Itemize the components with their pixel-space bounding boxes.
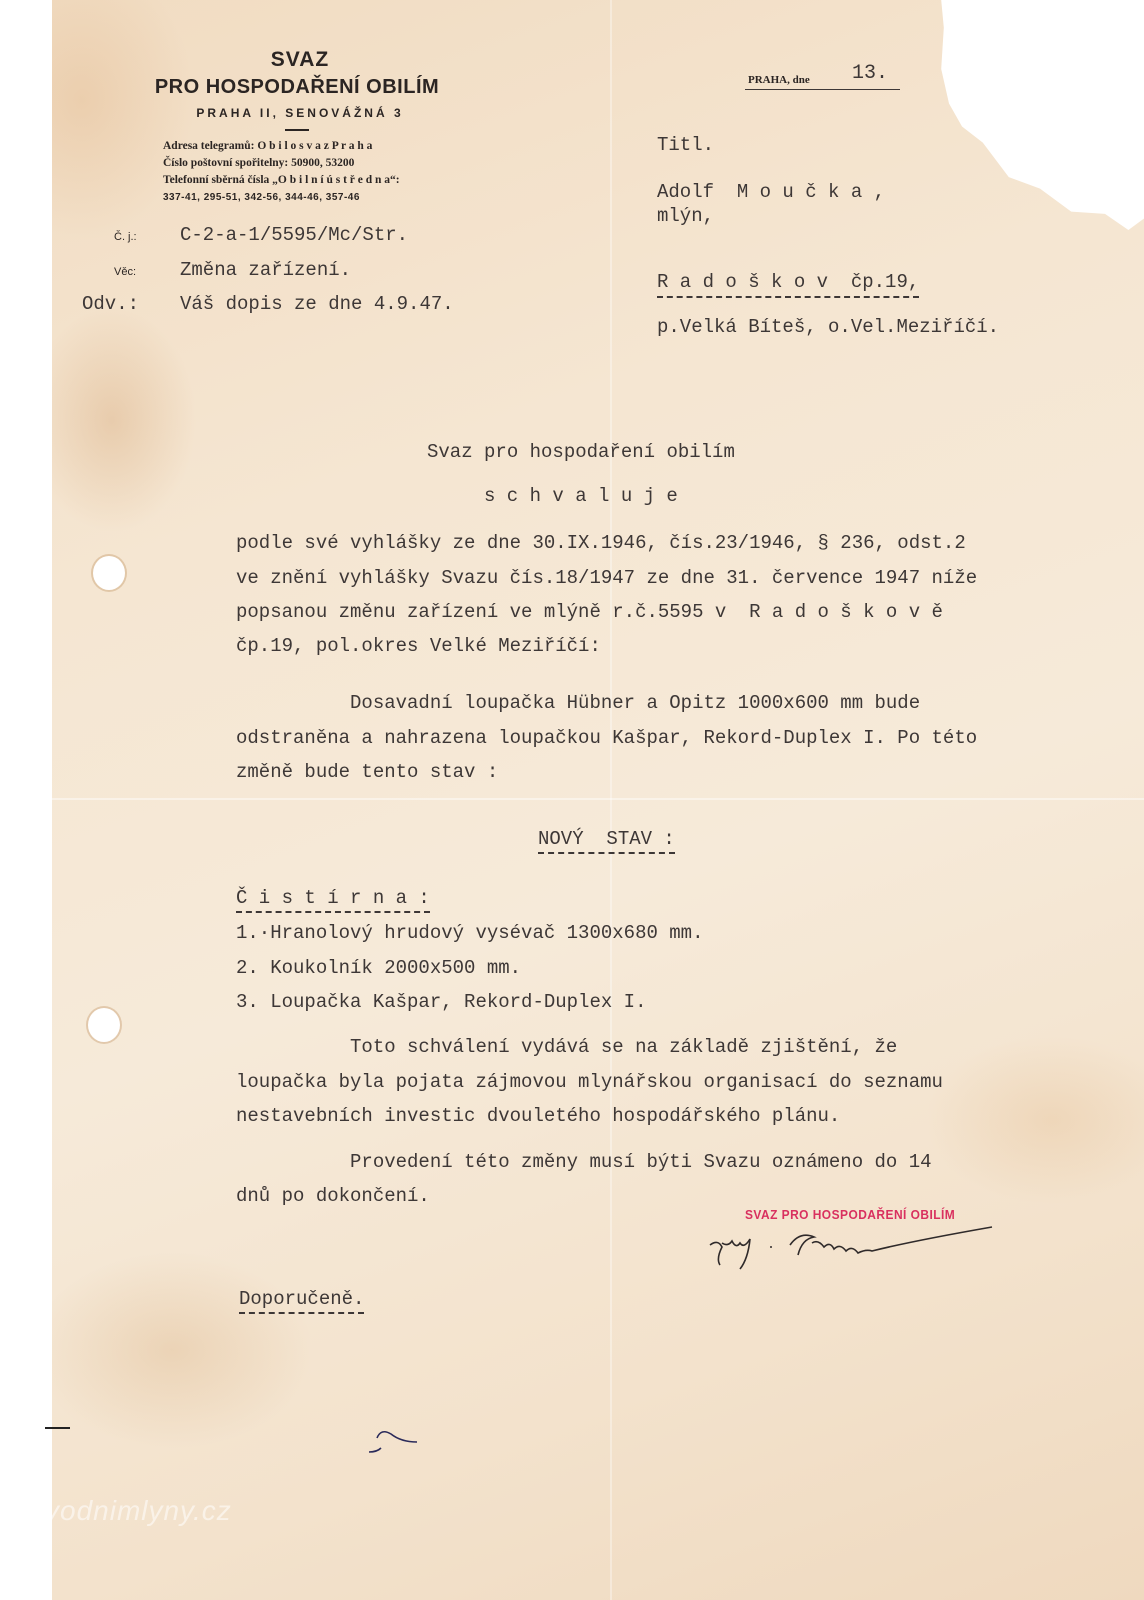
para3-line: Toto schválení vydává se na základě zjiš… bbox=[236, 1036, 897, 1058]
cj-value: C-2-a-1/5595/Mc/Str. bbox=[180, 224, 408, 246]
horizontal-fold bbox=[52, 798, 1144, 800]
phone-numbers: 337-41, 295-51, 342-56, 344-46, 357-46 bbox=[163, 189, 400, 206]
date-label: PRAHA, dne bbox=[748, 74, 810, 86]
letterhead-rule bbox=[285, 129, 309, 131]
list-item: 1.·Hranolový hrudový vysévač 1300x680 mm… bbox=[236, 922, 703, 944]
postal-savings: Číslo poštovní spořitelny: 50900, 53200 bbox=[163, 155, 400, 172]
pen-mark bbox=[365, 1420, 435, 1460]
recipient-place: R a d o š k o v čp.19, bbox=[657, 271, 919, 298]
letterhead-title-2: PRO HOSPODAŘENÍ OBILÍM bbox=[112, 76, 482, 99]
phone-label: Telefonní sběrná čísla „O b i l n í ú s … bbox=[163, 172, 400, 189]
list-item: 3. Loupačka Kašpar, Rekord-Duplex I. bbox=[236, 991, 646, 1013]
handwritten-signature bbox=[700, 1215, 1040, 1285]
issuer-line: Svaz pro hospodaření obilím bbox=[427, 441, 735, 463]
letterhead-title-1: SVAZ bbox=[240, 48, 360, 72]
para1-line: podle své vyhlášky ze dne 30.IX.1946, čí… bbox=[236, 532, 966, 554]
vertical-fold bbox=[610, 0, 612, 1600]
punch-hole-bottom bbox=[88, 1008, 120, 1042]
para4-line: dnů po dokončení. bbox=[236, 1185, 430, 1207]
para2-line: odstraněna a nahrazena loupačkou Kašpar,… bbox=[236, 727, 977, 749]
recipient-occupation: mlýn, bbox=[657, 205, 714, 227]
odv-label: Odv.: bbox=[82, 293, 139, 315]
para1-line: ve znění vyhlášky Svazu čís.18/1947 ze d… bbox=[236, 567, 977, 589]
approval-verb: s c h v a l u j e bbox=[484, 485, 678, 507]
date-day: 13. bbox=[852, 62, 888, 85]
delivery-note: Doporučeně. bbox=[239, 1288, 364, 1314]
recipient-district: p.Velká Bíteš, o.Vel.Meziříčí. bbox=[657, 316, 999, 338]
punch-hole-top bbox=[93, 556, 125, 590]
vec-label: Věc: bbox=[114, 266, 136, 278]
para4-line: Provedení této změny musí býti Svazu ozn… bbox=[236, 1151, 932, 1173]
subsection-title: Č i s t í r n a : bbox=[236, 887, 430, 913]
odv-value: Váš dopis ze dne 4.9.47. bbox=[180, 293, 454, 315]
para2-line: Dosavadní loupačka Hübner a Opitz 1000x6… bbox=[236, 692, 920, 714]
vec-value: Změna zařízení. bbox=[180, 259, 351, 281]
date-underline bbox=[745, 89, 900, 90]
watermark-text: vodnimlyny.cz bbox=[45, 1495, 232, 1527]
para3-line: loupačka byla pojata zájmovou mlynářskou… bbox=[236, 1071, 943, 1093]
recipient-name: Adolf M o u č k a , bbox=[657, 181, 885, 203]
para1-line: popsanou změnu zařízení ve mlýně r.č.559… bbox=[236, 601, 943, 623]
margin-mark bbox=[45, 1427, 70, 1429]
para3-line: nestavebních investic dvouletého hospodá… bbox=[236, 1105, 840, 1127]
letterhead-contact: Adresa telegramů: O b i l o s v a z P r … bbox=[163, 138, 400, 206]
section-title: NOVÝ STAV : bbox=[538, 828, 675, 854]
list-item: 2. Koukolník 2000x500 mm. bbox=[236, 957, 521, 979]
letterhead-address: PRAHA II, SENOVÁŽNÁ 3 bbox=[150, 106, 450, 120]
recipient-salutation: Titl. bbox=[657, 134, 714, 156]
telegram-address: Adresa telegramů: O b i l o s v a z P r … bbox=[163, 138, 400, 155]
para2-line: změně bude tento stav : bbox=[236, 761, 498, 783]
cj-label: Č. j.: bbox=[114, 231, 137, 243]
para1-line: čp.19, pol.okres Velké Meziříčí: bbox=[236, 635, 601, 657]
